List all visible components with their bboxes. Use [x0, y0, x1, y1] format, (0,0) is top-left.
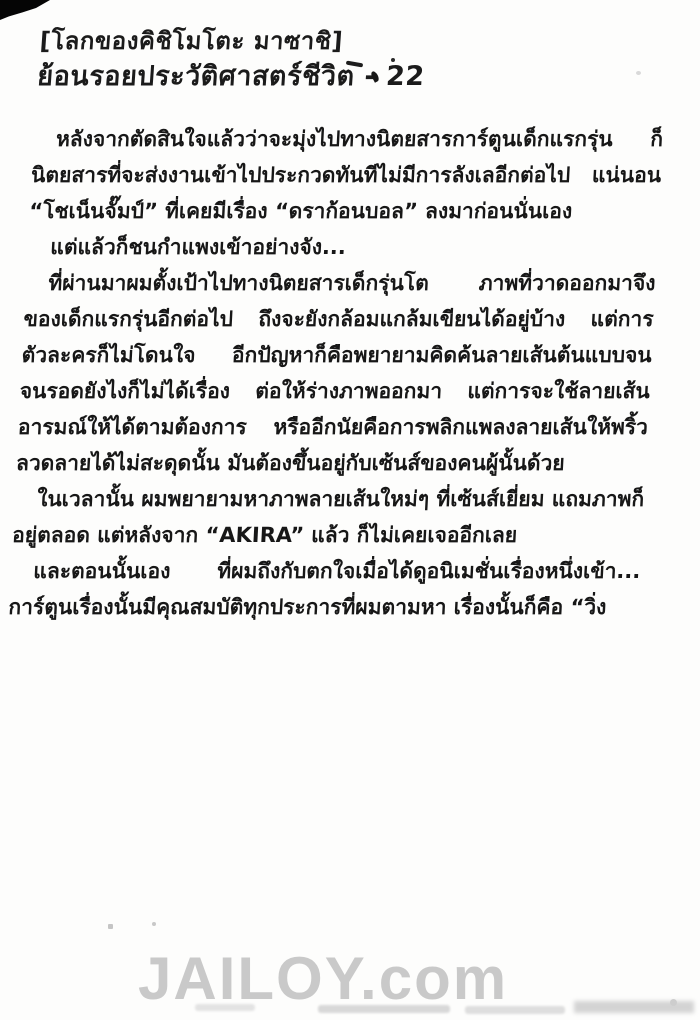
text-line: และตอนนั้นเอง ที่ผมถึงกับตกใจเมื่อได้ดูอ…	[9, 553, 641, 589]
scan-artifact-smudge	[195, 1004, 255, 1011]
scanned-page: [โลกของคิชิโมโตะ มาซาชิ] ย้อนรอยประวัติศ…	[0, 0, 700, 1020]
scan-artifact-corner-blob	[0, 0, 50, 20]
text-line: หลังจากตัดสินใจแล้วว่าจะมุ่งไปทางนิตยสาร…	[32, 121, 664, 157]
text-line: นิตยสารที่จะส่งงานเข้าไปประกวดทันทีไม่มี…	[30, 157, 662, 193]
text-line: แต่แล้วก็ชนกำแพงเข้าอย่างจัง...	[26, 229, 658, 265]
text-line: การ์ตูนเรื่องนั้นมีคุณสมบัติทุกประการที่…	[8, 589, 640, 625]
doc-section-title: ย้อนรอยประวัติศาสตร์ชีวิต - 22	[36, 58, 426, 96]
page-header: [โลกของคิชิโมโตะ มาซาชิ] ย้อนรอยประวัติศ…	[36, 24, 428, 96]
scan-artifact-smudge	[670, 999, 677, 1006]
text-line: อารมณ์ให้ได้ตามต้องการ หรืออีกนัยคือการพ…	[17, 409, 649, 445]
text-line: ของเด็กแรกรุ่นอีกต่อไป ถึงจะยังกล้อมแกล้…	[23, 301, 655, 337]
scan-artifact-smudge	[465, 1006, 565, 1014]
text-line: จนรอดยังไงก็ไม่ได้เรื่อง ต่อให้ร่างภาพออ…	[19, 373, 651, 409]
text-line: ตัวละครก็ไม่โดนใจ อีกปัญหาก็คือพยายามคิด…	[21, 337, 653, 373]
scan-artifact-speck	[152, 922, 156, 926]
scan-artifact-speck	[108, 924, 113, 929]
watermark: JAILOY.com	[138, 944, 508, 1013]
scan-artifact-dot	[391, 58, 395, 62]
text-line: ที่ผ่านมาผมตั้งเป้าไปทางนิตยสารเด็กรุ่นโ…	[25, 265, 657, 301]
text-line: ในเวลานั้น ผมพยายามหาภาพลายเส้นใหม่ๆ ที่…	[13, 481, 645, 517]
doc-series-title: [โลกของคิชิโมโตะ มาซาชิ]	[39, 24, 429, 58]
scan-artifact-smudge	[318, 1005, 450, 1013]
text-line: “โชเน็นจั๊มป์” ที่เคยมีเรื่อง “ดราก้อนบอ…	[28, 193, 660, 229]
text-line: ลวดลายได้ไม่สะดุดนั้น มันต้องขึ้นอยู่กับ…	[15, 445, 647, 481]
text-line: อยู่ตลอด แต่หลังจาก “AKIRA” แล้ว ก็ไม่เค…	[11, 517, 643, 553]
scan-artifact-speck	[636, 71, 641, 75]
body-text: หลังจากตัดสินใจแล้วว่าจะมุ่งไปทางนิตยสาร…	[8, 121, 664, 625]
